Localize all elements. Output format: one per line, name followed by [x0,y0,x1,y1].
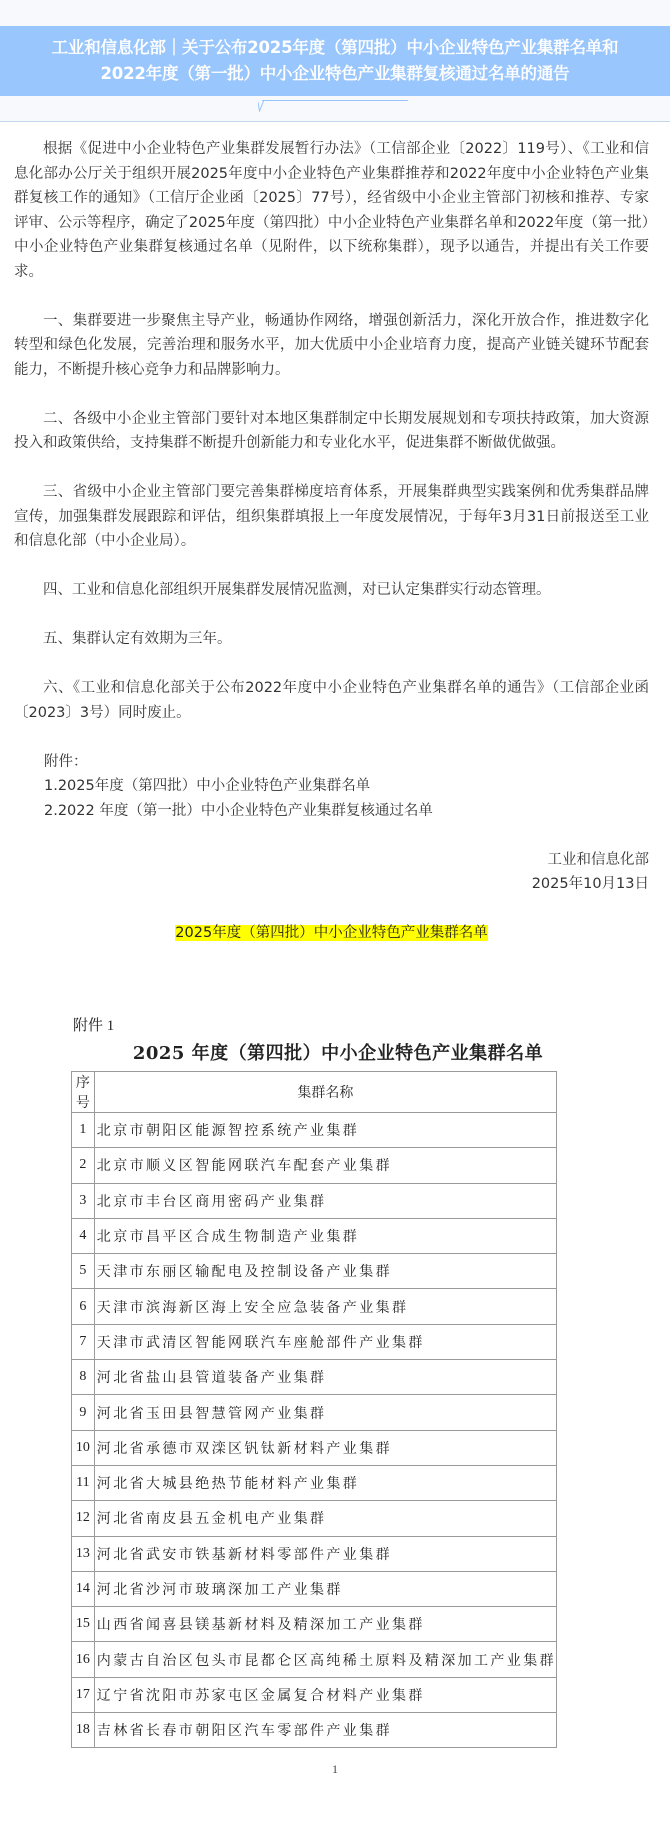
cluster-table: 序号 集群名称 1北京市朝阳区能源智控系统产业集群 2北京市顺义区智能网联汽车配… [71,1071,557,1748]
page-number: 1 [0,1762,670,1782]
row-no: 6 [72,1289,95,1324]
paragraph-item-3: 三、省级中小企业主管部门要完善集群梯度培育体系，开展集群典型实践案例和优秀集群品… [14,480,649,554]
row-name: 天津市东丽区输配电及控制设备产业集群 [94,1254,556,1289]
table-row: 1北京市朝阳区能源智控系统产业集群 [72,1113,557,1148]
table-header-row: 序号 集群名称 [72,1072,557,1113]
check-tick-icon [258,100,266,112]
attachments-list: 附件： 1.2025年度（第四批）中小企业特色产业集群名单 2.2022 年度（… [14,750,649,824]
row-name: 北京市顺义区智能网联汽车配套产业集群 [94,1148,556,1183]
row-no: 8 [72,1360,95,1395]
table-row: 9河北省玉田县智慧管网产业集群 [72,1395,557,1430]
row-name: 河北省玉田县智慧管网产业集群 [94,1395,556,1430]
column-header-no: 序号 [72,1072,95,1113]
article-body: 根据《促进中小企业特色产业集群发展暂行办法》（工信部企业〔2022〕119号）、… [0,122,670,945]
article-title-line-1: 工业和信息化部｜关于公布2025年度（第四批）中小企业特色产业集群名单和 [0,35,670,61]
row-name: 辽宁省沈阳市苏家屯区金属复合材料产业集群 [94,1677,556,1712]
decorative-divider [258,100,408,112]
paragraph-item-2: 二、各级中小企业主管部门要针对本地区集群制定中长期发展规划和专项扶持政策，加大资… [14,407,649,456]
row-name: 河北省大城县绝热节能材料产业集群 [94,1465,556,1500]
paragraph-item-6: 六、《工业和信息化部关于公布2022年度中小企业特色产业集群名单的通告》（工信部… [14,676,649,725]
row-no: 5 [72,1254,95,1289]
paragraph-intro: 根据《促进中小企业特色产业集群发展暂行办法》（工信部企业〔2022〕119号）、… [14,137,649,284]
signature-org: 工业和信息化部 [14,848,649,873]
table-row: 10河北省承德市双滦区钒钛新材料产业集群 [72,1430,557,1465]
scanned-attachment-image: 附件 1 2025 年度（第四批）中小企业特色产业集群名单 序号 集群名称 1北… [0,1013,670,1782]
attachment-item-1: 1.2025年度（第四批）中小企业特色产业集群名单 [44,774,649,799]
table-row: 2北京市顺义区智能网联汽车配套产业集群 [72,1148,557,1183]
row-name: 山西省闻喜县镁基新材料及精深加工产业集群 [94,1607,556,1642]
article-title-banner: 工业和信息化部｜关于公布2025年度（第四批）中小企业特色产业集群名单和 202… [0,26,670,96]
article-title-line-2: 2022年度（第一批）中小企业特色产业集群复核通过名单的通告 [0,61,670,87]
table-row: 3北京市丰台区商用密码产业集群 [72,1183,557,1218]
row-no: 10 [72,1430,95,1465]
row-no: 12 [72,1501,95,1536]
table-row: 13河北省武安市铁基新材料零部件产业集群 [72,1536,557,1571]
table-row: 5天津市东丽区输配电及控制设备产业集群 [72,1254,557,1289]
signature-date: 2025年10月13日 [14,872,649,897]
table-row: 18吉林省长春市朝阳区汽车零部件产业集群 [72,1713,557,1748]
table-row: 7天津市武清区智能网联汽车座舱部件产业集群 [72,1324,557,1359]
row-no: 17 [72,1677,95,1712]
row-name: 河北省武安市铁基新材料零部件产业集群 [94,1536,556,1571]
scan-attachment-label: 附件 1 [0,1013,670,1039]
row-name: 河北省沙河市玻璃深加工产业集群 [94,1571,556,1606]
table-row: 17辽宁省沈阳市苏家屯区金属复合材料产业集群 [72,1677,557,1712]
table-row: 11河北省大城县绝热节能材料产业集群 [72,1465,557,1500]
table-row: 14河北省沙河市玻璃深加工产业集群 [72,1571,557,1606]
row-no: 1 [72,1113,95,1148]
attachment-item-2: 2.2022 年度（第一批）中小企业特色产业集群复核通过名单 [44,799,649,824]
table-row: 16内蒙古自治区包头市昆都仑区高纯稀土原料及精深加工产业集群 [72,1642,557,1677]
row-name: 河北省承德市双滦区钒钛新材料产业集群 [94,1430,556,1465]
scan-title: 2025 年度（第四批）中小企业特色产业集群名单 [0,1039,670,1069]
row-name: 天津市滨海新区海上安全应急装备产业集群 [94,1289,556,1324]
row-name: 北京市丰台区商用密码产业集群 [94,1183,556,1218]
row-name: 内蒙古自治区包头市昆都仑区高纯稀土原料及精深加工产业集群 [94,1642,556,1677]
row-no: 2 [72,1148,95,1183]
row-no: 13 [72,1536,95,1571]
paragraph-item-4: 四、工业和信息化部组织开展集群发展情况监测，对已认定集群实行动态管理。 [14,578,649,603]
row-no: 3 [72,1183,95,1218]
row-no: 15 [72,1607,95,1642]
row-no: 7 [72,1324,95,1359]
row-name: 河北省南皮县五金机电产业集群 [94,1501,556,1536]
highlighted-heading: 2025年度（第四批）中小企业特色产业集群名单 [175,925,487,941]
row-name: 天津市武清区智能网联汽车座舱部件产业集群 [94,1324,556,1359]
signature-block: 工业和信息化部 2025年10月13日 [14,848,649,897]
row-no: 11 [72,1465,95,1500]
highlighted-heading-wrap: 2025年度（第四批）中小企业特色产业集群名单 [14,921,649,946]
row-name: 吉林省长春市朝阳区汽车零部件产业集群 [94,1713,556,1748]
row-no: 18 [72,1713,95,1748]
row-no: 14 [72,1571,95,1606]
column-header-name: 集群名称 [94,1072,556,1113]
row-no: 16 [72,1642,95,1677]
table-row: 8河北省盐山县管道装备产业集群 [72,1360,557,1395]
table-row: 4北京市昌平区合成生物制造产业集群 [72,1218,557,1253]
article-header: 工业和信息化部｜关于公布2025年度（第四批）中小企业特色产业集群名单和 202… [0,0,670,122]
row-name: 北京市昌平区合成生物制造产业集群 [94,1218,556,1253]
table-row: 15山西省闻喜县镁基新材料及精深加工产业集群 [72,1607,557,1642]
paragraph-item-1: 一、集群要进一步聚焦主导产业，畅通协作网络，增强创新活力，深化开放合作，推进数字… [14,309,649,383]
row-name: 河北省盐山县管道装备产业集群 [94,1360,556,1395]
row-name: 北京市朝阳区能源智控系统产业集群 [94,1113,556,1148]
table-row: 6天津市滨海新区海上安全应急装备产业集群 [72,1289,557,1324]
row-no: 4 [72,1218,95,1253]
paragraph-item-5: 五、集群认定有效期为三年。 [14,627,649,652]
table-row: 12河北省南皮县五金机电产业集群 [72,1501,557,1536]
attachments-label: 附件： [44,750,649,775]
row-no: 9 [72,1395,95,1430]
divider-line [262,100,408,101]
